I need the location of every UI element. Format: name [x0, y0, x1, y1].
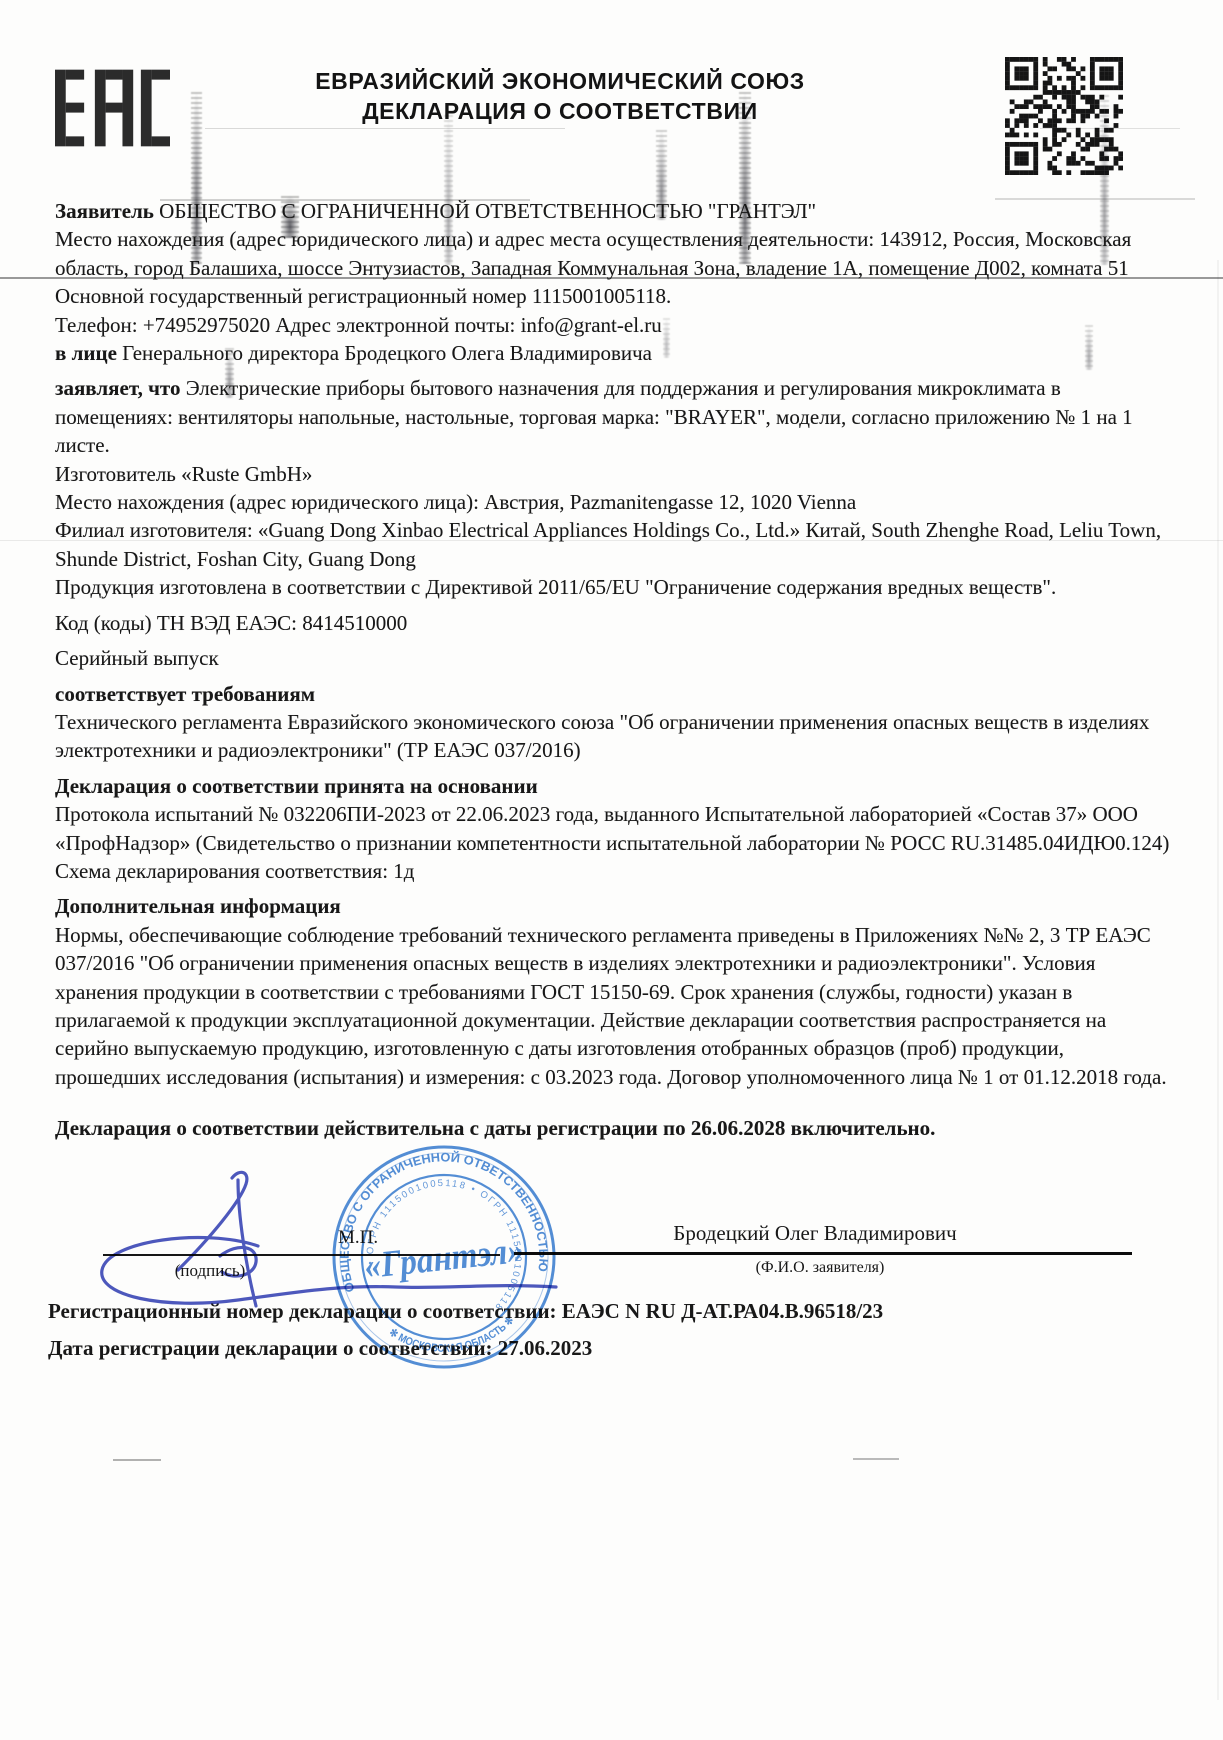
paragraph: Декларация о соответствии принята на осн… [55, 772, 1170, 800]
paragraph: Технического регламента Евразийского эко… [55, 708, 1170, 765]
paragraph-lead: Дополнительная информация [55, 894, 341, 918]
paragraph: в лице Генерального директора Бродецкого… [55, 339, 1170, 367]
title-line-2: ДЕКЛАРАЦИЯ О СООТВЕТСТВИИ [205, 96, 915, 126]
paragraph-lead: Заявитель [55, 199, 159, 223]
paragraph-text: Телефон: +74952975020 Адрес электронной … [55, 313, 662, 337]
stamp-center-text: «Грантэл» [362, 1230, 525, 1287]
scan-artifact [205, 128, 565, 129]
paragraph: заявляет, что Электрические приборы быто… [55, 374, 1170, 459]
name-line [514, 1252, 1132, 1255]
scan-artifact [113, 1459, 161, 1461]
paragraph-text: Протокола испытаний № 032206ПИ-2023 от 2… [55, 802, 1169, 854]
paragraph-text: Технического регламента Евразийского эко… [55, 710, 1149, 762]
scan-artifact [1217, 260, 1219, 1700]
paragraph-text: Место нахождения (адрес юридического лиц… [55, 490, 856, 514]
paragraph-text: Место нахождения (адрес юридического лиц… [55, 227, 1131, 279]
title-line-1: ЕВРАЗИЙСКИЙ ЭКОНОМИЧЕСКИЙ СОЮЗ [205, 66, 915, 96]
paragraph: Филиал изготовителя: «Guang Dong Xinbao … [55, 516, 1170, 573]
paragraph: Схема декларирования соответствия: 1д [55, 857, 1170, 885]
paragraph: Код (коды) ТН ВЭД ЕАЭС: 8414510000 [55, 609, 1170, 637]
validity-statement: Декларация о соответствии действительна … [55, 1114, 1170, 1142]
paragraph-text: ОБЩЕСТВО С ОГРАНИЧЕННОЙ ОТВЕТСТВЕННОСТЬЮ… [159, 199, 816, 223]
paragraph: Продукция изготовлена в соответствии с Д… [55, 573, 1170, 601]
paragraph-lead: соответствует требованиям [55, 682, 315, 706]
paragraph: Основной государственный регистрационный… [55, 282, 1170, 310]
paragraph-text: Изготовитель «Ruste GmbH» [55, 462, 312, 486]
paragraph-text: Основной государственный регистрационный… [55, 284, 671, 308]
paragraph-text: Продукция изготовлена в соответствии с Д… [55, 575, 1056, 599]
paragraph: Место нахождения (адрес юридического лиц… [55, 225, 1170, 282]
paragraph: Нормы, обеспечивающие соблюдение требова… [55, 921, 1170, 1091]
paragraph-text: Электрические приборы бытового назначени… [55, 376, 1133, 457]
paragraph-text: Генерального директора Бродецкого Олега … [122, 341, 652, 365]
scan-artifact [853, 1458, 899, 1460]
paragraph-text: Схема декларирования соответствия: 1д [55, 859, 414, 883]
paragraph: соответствует требованиям [55, 680, 1170, 708]
paragraph-lead: в лице [55, 341, 122, 365]
company-stamp: ОБЩЕСТВО С ОГРАНИЧЕННОЙ ОТВЕТСТВЕННОСТЬЮ… [324, 1137, 564, 1377]
paragraph: Дополнительная информация [55, 892, 1170, 920]
paragraph: Протокола испытаний № 032206ПИ-2023 от 2… [55, 800, 1170, 857]
paragraph-text: Код (коды) ТН ВЭД ЕАЭС: 8414510000 [55, 611, 407, 635]
signature-caption: (подпись) [150, 1261, 270, 1281]
paragraph: Серийный выпуск [55, 644, 1170, 672]
document-body: Заявитель ОБЩЕСТВО С ОГРАНИЧЕННОЙ ОТВЕТС… [55, 197, 1170, 1143]
paragraph-text: Серийный выпуск [55, 646, 219, 670]
paragraph-lead: Декларация о соответствии принята на осн… [55, 774, 538, 798]
paragraph: Место нахождения (адрес юридического лиц… [55, 488, 1170, 516]
document-title: ЕВРАЗИЙСКИЙ ЭКОНОМИЧЕСКИЙ СОЮЗ ДЕКЛАРАЦИ… [205, 66, 915, 126]
paragraph-lead: заявляет, что [55, 376, 186, 400]
paragraph: Телефон: +74952975020 Адрес электронной … [55, 311, 1170, 339]
paragraph-text: Нормы, обеспечивающие соблюдение требова… [55, 923, 1167, 1089]
eac-logo [55, 58, 170, 163]
applicant-name: Бродецкий Олег Владимирович [595, 1221, 1035, 1246]
scan-artifact [1040, 128, 1180, 129]
paragraph-text: Филиал изготовителя: «Guang Dong Xinbao … [55, 518, 1161, 570]
paragraph: Заявитель ОБЩЕСТВО С ОГРАНИЧЕННОЙ ОТВЕТС… [55, 197, 1170, 225]
scanned-declaration-page: ЕВРАЗИЙСКИЙ ЭКОНОМИЧЕСКИЙ СОЮЗ ДЕКЛАРАЦИ… [0, 0, 1223, 1740]
name-caption: (Ф.И.О. заявителя) [600, 1259, 1040, 1277]
paragraph-list: Заявитель ОБЩЕСТВО С ОГРАНИЧЕННОЙ ОТВЕТС… [55, 197, 1170, 1091]
paragraph: Изготовитель «Ruste GmbH» [55, 460, 1170, 488]
